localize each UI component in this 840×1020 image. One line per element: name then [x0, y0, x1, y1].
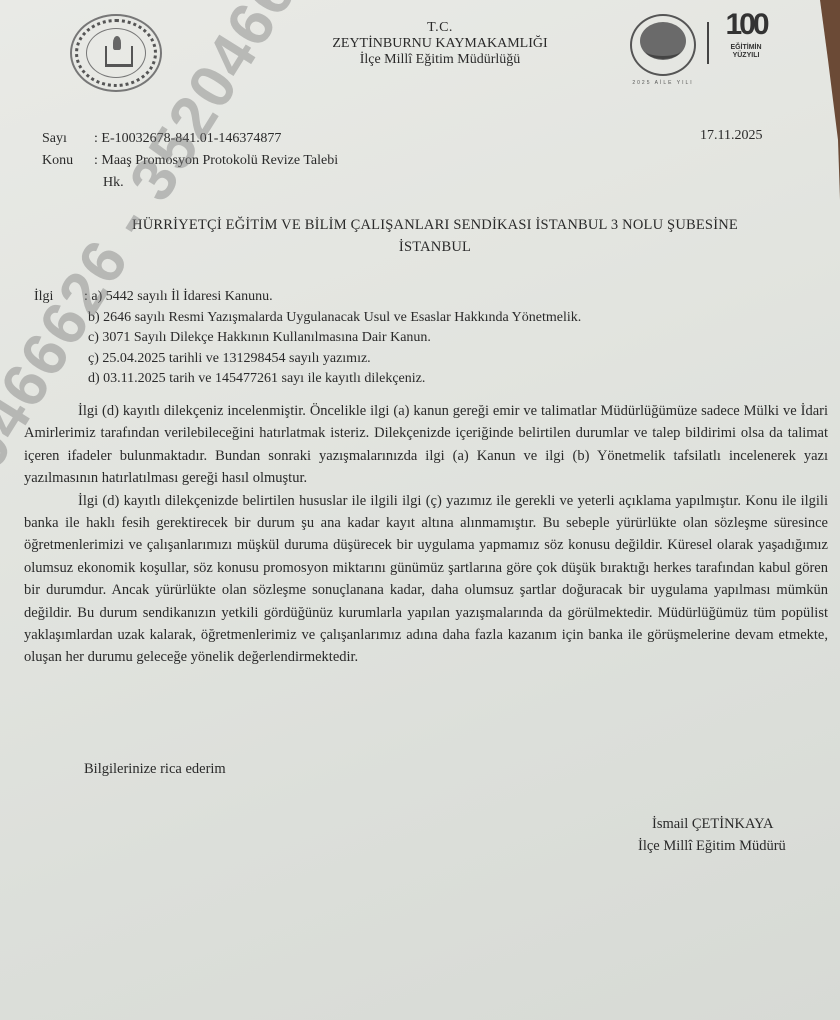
subject-label: Konu	[42, 150, 94, 172]
body-paragraph: İlgi (d) kayıtlı dilekçeniz incelenmişti…	[24, 400, 828, 490]
centennial-logo-icon: 100 EĞİTİMİN YÜZYILI	[716, 10, 776, 60]
number-label: Sayı	[42, 128, 94, 150]
reference-item: d) 03.11.2025 tarih ve 145477261 sayı il…	[84, 369, 581, 390]
signature-block: İsmail ÇETİNKAYA İlçe Millî Eğitim Müdür…	[638, 813, 786, 857]
document-page: T.C. ZEYTİNBURNU KAYMAKAMLIĞI İlçe Millî…	[0, 0, 840, 1020]
reference-item: ç) 25.04.2025 tarihli ve 131298454 sayıl…	[84, 349, 581, 370]
letterhead: T.C. ZEYTİNBURNU KAYMAKAMLIĞI İlçe Millî…	[0, 0, 840, 110]
recipient-city: İSTANBUL	[40, 236, 830, 258]
letter-body: İlgi (d) kayıtlı dilekçeniz incelenmişti…	[24, 400, 828, 669]
document-meta: Sayı : E-10032678-841.01-146374877 Konu …	[42, 128, 338, 194]
family-year-logo-icon: 2025 AİLE YILI	[630, 14, 696, 76]
centennial-number: 100	[716, 10, 776, 40]
references-label: İlgi	[34, 287, 84, 390]
logo-divider	[707, 22, 709, 64]
reference-item: c) 3071 Sayılı Dilekçe Hakkının Kullanıl…	[84, 328, 581, 349]
centennial-line2: YÜZYILI	[716, 52, 776, 60]
reference-item: : a) 5442 sayılı İl İdaresi Kanunu.	[84, 287, 581, 308]
body-paragraph: İlgi (d) kayıtlı dilekçenizde belirtilen…	[24, 490, 828, 669]
references-block: İlgi : a) 5442 sayılı İl İdaresi Kanunu.…	[34, 287, 581, 390]
recipient-block: HÜRRİYETÇİ EĞİTİM VE BİLİM ÇALIŞANLARI S…	[40, 214, 830, 258]
references-list: : a) 5442 sayılı İl İdaresi Kanunu. b) 2…	[84, 287, 581, 390]
closing-line: Bilgilerinize rica ederim	[84, 761, 226, 778]
signatory-name: İsmail ÇETİNKAYA	[638, 813, 786, 835]
subject-continuation: Hk.	[42, 172, 338, 194]
letterhead-titles: T.C. ZEYTİNBURNU KAYMAKAMLIĞI İlçe Millî…	[0, 20, 840, 68]
signatory-title: İlçe Millî Eğitim Müdürü	[638, 835, 786, 857]
recipient-name: HÜRRİYETÇİ EĞİTİM VE BİLİM ÇALIŞANLARI S…	[40, 214, 830, 236]
family-year-arc-text: 2025 AİLE YILI	[632, 80, 694, 86]
document-date: 17.11.2025	[700, 128, 762, 144]
number-value: : E-10032678-841.01-146374877	[94, 128, 281, 150]
reference-item: b) 2646 sayılı Resmi Yazışmalarda Uygula…	[84, 308, 581, 329]
centennial-line1: EĞİTİMİN	[716, 44, 776, 52]
subject-value: : Maaş Promosyon Protokolü Revize Talebi	[94, 150, 338, 172]
